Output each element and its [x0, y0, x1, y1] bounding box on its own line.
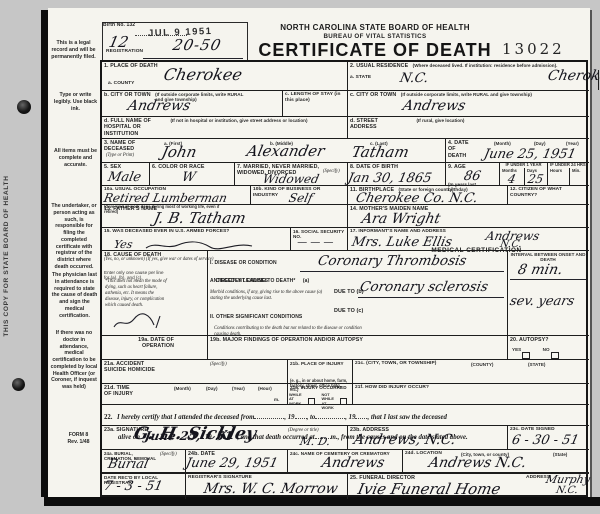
field-how-injury-occurred: 21f. HOW DID INJURY OCCUR?: [352, 383, 589, 404]
field-mother-maiden-name: 14. MOTHER'S MAIDEN NAME Ara Wright: [347, 204, 589, 227]
age-days-value: 25: [527, 173, 545, 185]
residence-state-value: N.C.: [399, 72, 430, 85]
residence-county-value: Cherokee: [547, 69, 600, 83]
race-value: W: [181, 171, 197, 184]
field-birthplace: 11. BIRTHPLACE (State or foreign country…: [347, 185, 507, 204]
name-first-value: John: [160, 145, 198, 160]
burial-type-value: Burial: [107, 458, 150, 471]
name-middle-value: Alexander: [245, 144, 325, 159]
margin-note-physician: The physician last in attendance is requ…: [51, 272, 98, 319]
field-social-security-no: 16. SOCIAL SECURITY NO. — — —: [290, 227, 347, 250]
name-last-value: Tatham: [350, 145, 410, 160]
age-value: 86: [463, 170, 482, 183]
date-of-death-value: June 25, 1951: [483, 148, 577, 161]
interval-a-value: 8 min.: [517, 263, 565, 277]
certificate-form: 1. PLACE OF DEATH a. COUNTY Cherokee 2. …: [100, 60, 588, 497]
interval-b-value: sev. years: [509, 295, 576, 308]
ssn-value: — — —: [296, 238, 334, 248]
field-injury-city-county-state: 21c. (CITY, TOWN, OR TOWNSHIP) (COUNTY) …: [352, 359, 589, 383]
funeral-director-value: Ivie Funeral Home: [356, 482, 502, 497]
field-place-of-injury: 21b. PLACE OF INJURY (e. g., in or about…: [287, 359, 352, 383]
field-interval-onset-death: INTERVAL BETWEEN ONSET AND DEATH 8 min. …: [507, 250, 589, 335]
certificate-title: CERTIFICATE OF DEATH: [240, 40, 510, 61]
funeral-director-city-value: Murphy: [545, 474, 591, 485]
residence-city-value: Andrews: [402, 99, 467, 113]
field-registrar-signature: REGISTRAR'S SIGNATURE Mrs. W. C. Morrow: [185, 472, 347, 499]
field-usual-occupation: 10a. USUAL OCCUPATION (Give kind of work…: [102, 185, 250, 204]
industry-value: Self: [288, 192, 314, 204]
physician-address-value: Andrews, N.C.: [353, 433, 458, 447]
cause-b-value: Coronary sclerosis: [359, 281, 490, 295]
dob-value: Jan 30, 1865: [347, 172, 433, 185]
margin-note-black-ink: Type or write legibly. Use black ink.: [52, 92, 99, 112]
received-date-stamp: JUL 9 1951: [148, 26, 213, 39]
place-city-value: Andrews: [127, 99, 192, 113]
field-burial-type: 24a. BURIAL, CREMATION, REMOVAL (Specify…: [102, 449, 185, 472]
field-cause-of-death-main: I. DISEASE OR CONDITION DIRECTLY LEADING…: [207, 250, 507, 335]
field-color-or-race: 6. COLOR OR RACE W: [149, 162, 234, 185]
field-length-of-stay: c. LENGTH OF STAY (in this place): [282, 90, 347, 116]
registration-underline: [143, 58, 243, 59]
field-citizen-country: 12. CITIZEN OF WHAT COUNTRY?: [507, 185, 589, 204]
field-autopsy: 20. AUTOPSY? YES NO: [507, 335, 589, 359]
field-funeral-director: 25. FUNERAL DIRECTOR ADDRESS Ivie Funera…: [347, 472, 589, 499]
physician-signature-value: G. H. Sickley: [132, 426, 257, 443]
field-burial-date: 24b. DATE June 29, 1951: [185, 449, 287, 472]
death-certificate-scan: THIS COPY FOR STATE BOARD OF HEALTH This…: [0, 0, 600, 514]
field-armed-forces: 15. WAS DECEASED EVER IN U.S. ARMED FORC…: [102, 227, 290, 250]
field-age-under-1-year: IF UNDER 1 YEAR Months Days 4 25: [499, 162, 547, 185]
field-date-of-operation: 19a. DATE OF OPERATION: [102, 335, 207, 359]
cause-a-value: Coronary Thrombosis: [317, 255, 468, 269]
field-hospital-name: d. FULL NAME OF HOSPITAL OR INSTITUTION …: [102, 116, 347, 138]
field-age: 9. AGE (In years last birthday) 86: [445, 162, 499, 185]
registrar-signature-value: Mrs. W. C. Morrow: [203, 482, 340, 496]
field-operation-findings: 19b. MAJOR FINDINGS OF OPERATION AND/OR …: [207, 335, 507, 359]
margin-note-legal-record: This is a legal record and will be perma…: [50, 40, 97, 60]
physician-degree-value: M. D.: [299, 436, 332, 447]
field-cemetery-location: 24d. LOCATION (City, town, or county) (S…: [402, 449, 589, 472]
marital-value: Widowed: [262, 173, 320, 185]
field-date-received: DATE REC'D BY LOCAL REGISTRAR 7 - 3 - 51: [102, 472, 185, 499]
mother-name-value: Ara Wright: [361, 212, 442, 226]
place-county-value: Cherokee: [162, 67, 243, 83]
form-number: FORM 8 Rev. 1/48: [55, 432, 102, 446]
armed-forces-value: Yes: [113, 239, 134, 250]
field-name-of-deceased: 3. NAME OF DECEASED (Type or Print) a. (…: [102, 138, 445, 162]
ink-blot: [12, 378, 25, 391]
field-injury-occurred: 21e. INJURY OCCURRED WHILE AT WORK NOT W…: [287, 383, 352, 404]
margin-note-undertaker: The undertaker, or person acting as such…: [50, 203, 98, 271]
form-number-line: FORM 8: [55, 432, 102, 439]
form-revision: Rev. 1/48: [55, 439, 102, 446]
field-usual-residence: 2. USUAL RESIDENCE (Where deceased lived…: [347, 62, 589, 90]
field-marital-status: 7. MARRIED, NEVER MARRIED, WIDOWED, DIVO…: [234, 162, 347, 185]
ink-blot: [17, 100, 31, 114]
field-accident-suicide-homicide: 21a. ACCIDENT SUICIDE HOMICIDE (Specify): [102, 359, 287, 383]
age-months-value: 4: [507, 173, 517, 185]
bureau-subtitle: BUREAU OF VITAL STATISTICS: [240, 33, 510, 40]
registration-book-handwritten: 12: [107, 35, 129, 50]
registration-district-number: 20-50: [171, 38, 222, 53]
field-date-of-death: 4. DATE OF DEATH (Month) (Day) (Year) Ju…: [445, 138, 589, 162]
field-business-industry: 10b. KIND OF BUSINESS OR INDUSTRY Self: [250, 185, 347, 204]
field-age-under-24-hrs: IF UNDER 24 HRS. Hours Min.: [547, 162, 589, 185]
cemetery-value: Andrews: [321, 456, 386, 470]
field-sex: 5. SEX Male: [102, 162, 149, 185]
field-place-of-death: 1. PLACE OF DEATH a. COUNTY Cherokee: [102, 62, 347, 90]
copy-destination-vertical-text: THIS COPY FOR STATE BOARD OF HEALTH: [3, 150, 15, 362]
medical-certification-heading: MEDICAL CERTIFICATION: [374, 247, 579, 254]
field-cause-of-death-sidebar: 18. CAUSE OF DEATH Enter only one cause …: [102, 250, 207, 335]
field-physician-address: 23b. ADDRESS Andrews, N.C.: [347, 425, 507, 449]
date-received-value: 7 - 3 - 51: [103, 480, 164, 493]
funeral-director-state-value: N.C.: [555, 486, 579, 496]
field-place-city: b. CITY OR TOWN (If outside corporate li…: [102, 90, 282, 116]
birth-no-label: Birth No. 132: [103, 23, 135, 29]
sex-value: Male: [107, 171, 143, 184]
registration-district-label: REGISTRATION: [106, 49, 143, 55]
field-certification-statement: 22. I hereby certify that I attended the…: [102, 404, 589, 425]
father-name-value: J. B. Tatham: [152, 211, 247, 226]
margin-note-complete: All items must be complete and accurate.: [52, 148, 99, 168]
cemetery-location-value: Andrews N.C.: [428, 456, 528, 470]
date-signed-value: 6 - 30 - 51: [511, 434, 580, 447]
margin-note-no-doctor: If there was no doctor in attendance, me…: [50, 330, 98, 391]
ink-scribble: [110, 313, 170, 331]
field-residence-city: c. CITY OR TOWN (If outside corporate li…: [347, 90, 589, 116]
scan-border-left: [41, 10, 48, 497]
certificate-serial-number: 13022: [502, 40, 565, 58]
board-of-health-title: NORTH CAROLINA STATE BOARD OF HEALTH: [240, 23, 510, 32]
field-physician-signature: 23a. SIGNATURE (Degree or title) G. H. S…: [102, 425, 347, 449]
field-father-name: 13. FATHER'S NAME J. B. Tatham: [102, 204, 347, 227]
field-date-of-birth: 8. DATE OF BIRTH Jan 30, 1865: [347, 162, 445, 185]
field-time-of-injury: 21d. TIME OF INJURY (Month) (Day) (Year)…: [102, 383, 287, 404]
field-street-address: d. STREET ADDRESS (If rural, give locati…: [347, 116, 589, 138]
occupation-value: Retired Lumberman: [103, 192, 229, 204]
burial-date-value: June 29, 1951: [185, 457, 279, 470]
field-date-signed: 23c. DATE SIGNED 6 - 30 - 51: [507, 425, 589, 449]
field-cemetery-name: 24c. NAME OF CEMETERY OR CREMATORY Andre…: [287, 449, 402, 472]
